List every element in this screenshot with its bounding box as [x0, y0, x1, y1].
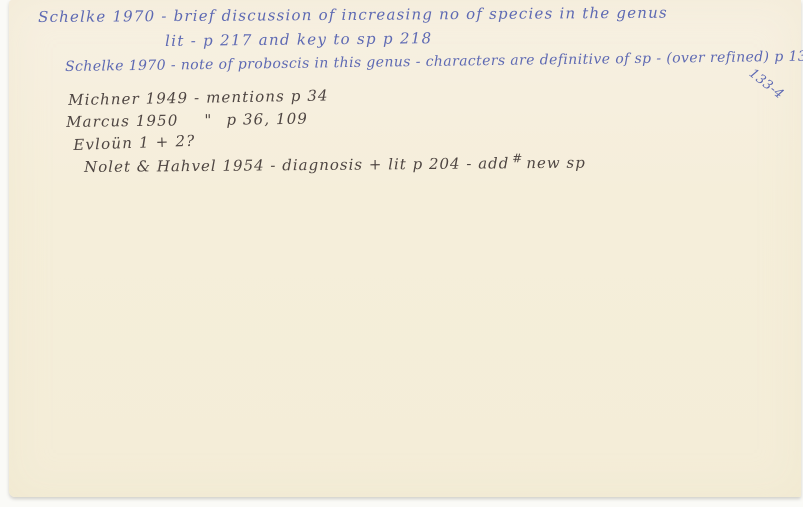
handwritten-line-schelke-1970-discussion: Schelke 1970 - brief discussion of incre… — [38, 4, 668, 26]
handwritten-line-michner-1949: Michner 1949 - mentions p 34 — [68, 86, 329, 109]
scan-background: Schelke 1970 - brief discussion of incre… — [0, 0, 803, 507]
handwritten-line-nolet-hahvel-1954: Nolet & Hahvel 1954 - diagnosis + lit p … — [84, 151, 586, 176]
index-card: Schelke 1970 - brief discussion of incre… — [9, 0, 801, 497]
new-species-note: new sp — [526, 154, 586, 173]
handwritten-line-marcus-1950: Marcus 1950"p 36, 109 — [66, 110, 308, 131]
citation-text: Marcus 1950 — [66, 111, 179, 131]
ditto-mark: " — [204, 111, 212, 129]
handwritten-line-lit-key: lit - p 217 and key to sp p 218 — [165, 29, 433, 50]
handwritten-line-evloun: Evloün 1 + 2? — [73, 132, 196, 154]
inserted-number-sign: # — [512, 151, 523, 165]
page-numbers: p 36, 109 — [226, 110, 308, 129]
handwritten-line-schelke-1970-proboscis: Schelke 1970 - note of proboscis in this… — [65, 48, 803, 75]
citation-and-note-text: Nolet & Hahvel 1954 - diagnosis + lit p … — [84, 154, 509, 176]
diagonal-page-annotation: 133-4 — [746, 66, 787, 102]
